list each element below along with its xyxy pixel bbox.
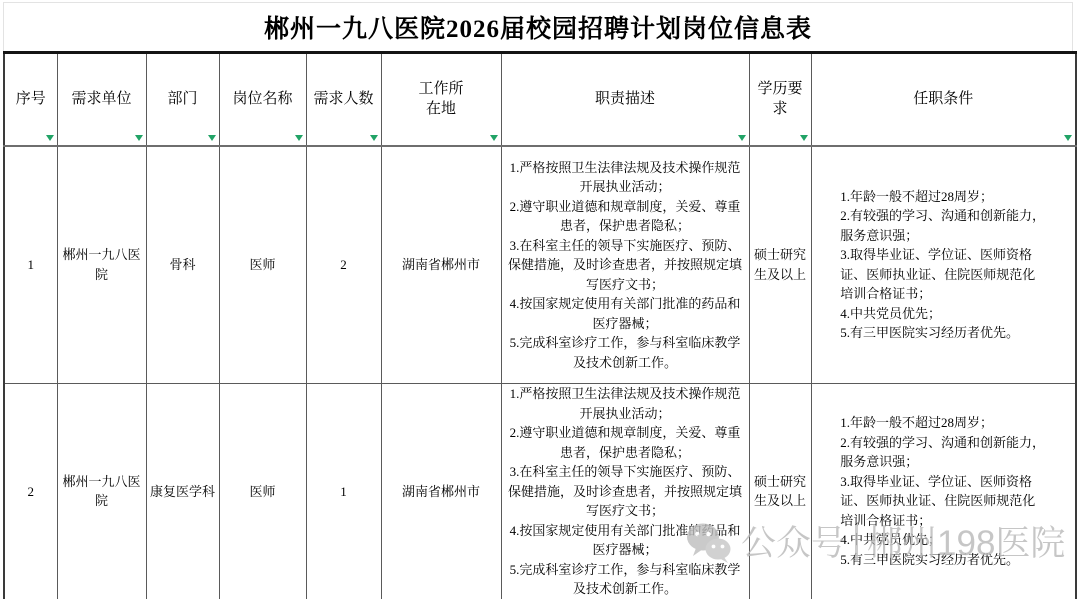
- header-label: 学历要求: [757, 81, 802, 117]
- filter-dropdown-icon[interactable]: [1064, 135, 1072, 141]
- cell-position[interactable]: 医师: [219, 384, 306, 599]
- header-cell-seq[interactable]: 序号: [4, 53, 57, 146]
- header-label: 序号: [16, 91, 46, 107]
- header-cell-education[interactable]: 学历要求: [749, 53, 811, 146]
- filter-dropdown-icon[interactable]: [490, 135, 498, 141]
- requirements-text: 1.年龄一般不超过28周岁； 2.有较强的学习、沟通和创新能力，服务意识强； 3…: [840, 187, 1046, 343]
- cell-headcount[interactable]: 2: [306, 146, 381, 384]
- cell-education[interactable]: 硕士研究生及以上: [749, 146, 811, 384]
- header-cell-position[interactable]: 岗位名称: [219, 53, 306, 146]
- header-label: 职责描述: [595, 91, 655, 107]
- cell-duties[interactable]: 1.严格按照卫生法律法规及技术操作规范开展执业活动； 2.遵守职业道德和规章制度…: [501, 146, 749, 384]
- filter-dropdown-icon[interactable]: [370, 135, 378, 141]
- page-title: 郴州一九八医院2026届校园招聘计划岗位信息表: [3, 2, 1073, 51]
- cell-department[interactable]: 康复医学科: [146, 384, 219, 599]
- header-cell-requirements[interactable]: 任职条件: [811, 53, 1076, 146]
- filter-dropdown-icon[interactable]: [800, 135, 808, 141]
- header-label: 工作所 在地: [418, 81, 463, 117]
- header-cell-department[interactable]: 部门: [146, 53, 219, 146]
- spreadsheet: 郴州一九八医院2026届校园招聘计划岗位信息表 序号 需求单位 部门 岗位名称 …: [0, 0, 1080, 599]
- recruitment-table: 序号 需求单位 部门 岗位名称 需求人数 工作所 在地 职责描述 学历要求 任职…: [3, 51, 1077, 599]
- cell-duties[interactable]: 1.严格按照卫生法律法规及技术操作规范开展执业活动； 2.遵守职业道德和规章制度…: [501, 384, 749, 599]
- header-cell-headcount[interactable]: 需求人数: [306, 53, 381, 146]
- header-cell-duties[interactable]: 职责描述: [501, 53, 749, 146]
- header-cell-unit[interactable]: 需求单位: [57, 53, 146, 146]
- header-label: 需求单位: [71, 91, 131, 107]
- cell-location[interactable]: 湖南省郴州市: [381, 146, 501, 384]
- cell-education[interactable]: 硕士研究生及以上: [749, 384, 811, 599]
- cell-location[interactable]: 湖南省郴州市: [381, 384, 501, 599]
- requirements-text: 1.年龄一般不超过28周岁； 2.有较强的学习、沟通和创新能力，服务意识强； 3…: [840, 413, 1046, 569]
- cell-unit[interactable]: 郴州一九八医院: [57, 146, 146, 384]
- cell-requirements[interactable]: 1.年龄一般不超过28周岁； 2.有较强的学习、沟通和创新能力，服务意识强； 3…: [811, 384, 1076, 599]
- filter-dropdown-icon[interactable]: [46, 135, 54, 141]
- table-row: 1 郴州一九八医院 骨科 医师 2 湖南省郴州市 1.严格按照卫生法律法规及技术…: [4, 146, 1076, 384]
- cell-department[interactable]: 骨科: [146, 146, 219, 384]
- table-row: 2 郴州一九八医院 康复医学科 医师 1 湖南省郴州市 1.严格按照卫生法律法规…: [4, 384, 1076, 599]
- header-label: 岗位名称: [232, 91, 292, 107]
- filter-dropdown-icon[interactable]: [135, 135, 143, 141]
- cell-headcount[interactable]: 1: [306, 384, 381, 599]
- cell-requirements[interactable]: 1.年龄一般不超过28周岁； 2.有较强的学习、沟通和创新能力，服务意识强； 3…: [811, 146, 1076, 384]
- cell-position[interactable]: 医师: [219, 146, 306, 384]
- filter-dropdown-icon[interactable]: [738, 135, 746, 141]
- cell-unit[interactable]: 郴州一九八医院: [57, 384, 146, 599]
- cell-seq[interactable]: 2: [4, 384, 57, 599]
- header-cell-location[interactable]: 工作所 在地: [381, 53, 501, 146]
- filter-dropdown-icon[interactable]: [295, 135, 303, 141]
- header-label: 部门: [167, 91, 197, 107]
- header-label: 任职条件: [913, 91, 973, 107]
- table-header-row: 序号 需求单位 部门 岗位名称 需求人数 工作所 在地 职责描述 学历要求 任职…: [4, 53, 1076, 146]
- filter-dropdown-icon[interactable]: [208, 135, 216, 141]
- cell-seq[interactable]: 1: [4, 146, 57, 384]
- header-label: 需求人数: [313, 91, 373, 107]
